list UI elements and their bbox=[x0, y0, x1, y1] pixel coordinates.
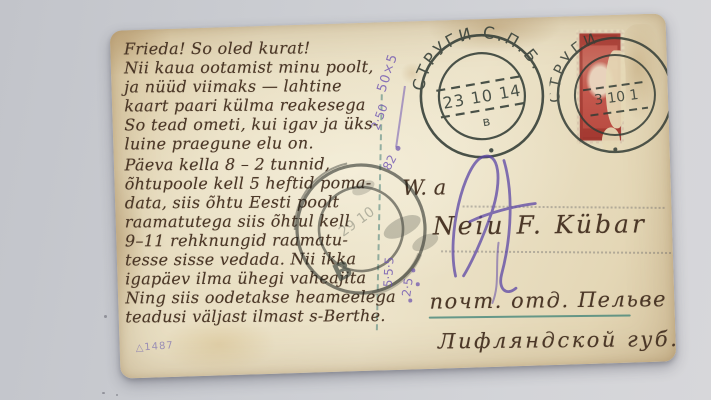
recipient-name: Neiu F. Kübar bbox=[433, 209, 647, 240]
background-speck bbox=[116, 394, 118, 396]
address-dotted-line bbox=[463, 205, 665, 208]
message-block: Frieda! So oled kurat!Nii kaua ootamist … bbox=[124, 38, 387, 326]
governorate-line: Лифляндской губ. bbox=[438, 327, 676, 354]
message-line: Frieda! So oled kurat! bbox=[124, 38, 386, 58]
postmark-ring-text: СТРУГИ С.П.Б. bbox=[405, 19, 550, 95]
pencil-mark: 5·5·5 bbox=[381, 256, 397, 287]
message-line: ja nüüd viimaks — lahtine bbox=[124, 76, 386, 96]
message-line: 9–11 rehknungid raamatu- bbox=[125, 230, 387, 250]
teal-underline bbox=[429, 314, 631, 318]
message-line: õhtupoole kell 5 heftid poma- bbox=[125, 173, 387, 193]
address-prefix: W. a bbox=[402, 175, 446, 199]
post-office-line: почт. отд. Пельве bbox=[429, 287, 667, 313]
message-line: data, siis õhtu Eesti poolt bbox=[125, 192, 387, 212]
background-speck bbox=[104, 315, 107, 318]
message-line: Ning siis oodetakse heameelega bbox=[125, 287, 387, 307]
postcard: Frieda! So oled kurat!Nii kaua ootamist … bbox=[110, 13, 677, 378]
postmark-date: 23 10 14 bbox=[441, 81, 522, 113]
message-line: teadusi väljast ilmast s-Berthe. bbox=[125, 306, 387, 326]
pencil-dot bbox=[395, 146, 400, 151]
pencil-dot bbox=[411, 268, 415, 272]
address-dotted-line bbox=[441, 250, 676, 254]
stamp-damage-patch bbox=[605, 50, 625, 128]
postmark-left: СТРУГИ С.П.Б. 23 10 14 в bbox=[405, 19, 560, 174]
background-speck bbox=[102, 392, 105, 394]
message-line: luine praegune elu on. bbox=[124, 133, 386, 153]
message-line: Nii kaua ootamist minu poolt, bbox=[124, 57, 386, 77]
stamp-band bbox=[582, 35, 617, 45]
message-line: igapäev ilma ühegi vaheajita bbox=[125, 268, 387, 288]
registration-number: 1487 bbox=[144, 340, 174, 353]
pencil-mark: 2·5 bbox=[399, 277, 416, 298]
stain bbox=[399, 63, 426, 84]
message-line: Päeva kella 8 – 2 tunnid, bbox=[125, 154, 387, 174]
pencil-dot bbox=[416, 282, 420, 286]
postmark-serial-letter: в bbox=[481, 114, 491, 130]
stain bbox=[427, 13, 563, 54]
postcard-photo: Frieda! So oled kurat!Nii kaua ootamist … bbox=[0, 0, 711, 400]
address-block: W. a Neiu F. Kübar почт. отд. Пельве Лиф… bbox=[394, 167, 670, 370]
registration-mark: △1487 bbox=[135, 340, 174, 354]
stamp bbox=[576, 30, 624, 143]
message-line: tesse sisse vedada. Nii ikka bbox=[125, 249, 387, 269]
message-line: raamatutega siis õhtul kell bbox=[125, 211, 387, 231]
message-line: kaart paari külma reakesega bbox=[124, 95, 386, 115]
message-line: So tead ometi, kui igav ja üks- bbox=[124, 114, 386, 134]
pencil-stroke bbox=[395, 86, 406, 148]
stamp-damage-patch bbox=[602, 127, 620, 153]
